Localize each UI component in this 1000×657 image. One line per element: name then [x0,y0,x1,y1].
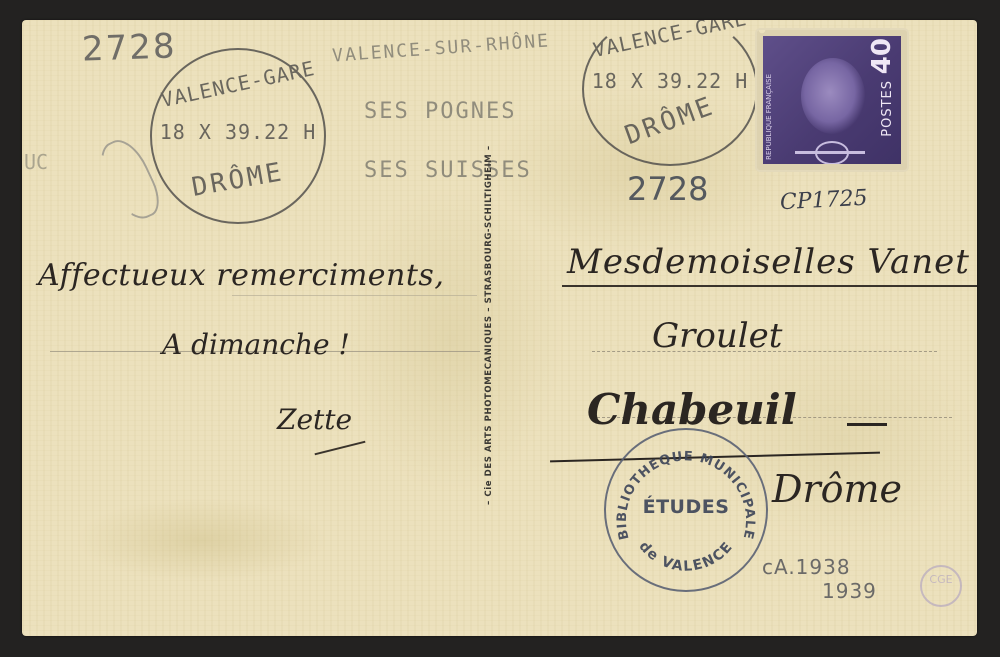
message-line-1: Affectueux remerciments, [38,258,444,293]
date-annotation-line-2: 1939 [762,579,877,603]
address-underline [562,285,977,287]
postmark-department: DRÔME [151,150,326,209]
reference-number-middle: 2728 [627,170,708,208]
flag-cancel-line-1: VALENCE-SUR-RHÔNE [332,30,551,66]
address-department: Drôme [772,467,902,511]
postcard: 2728 UC VALENCE-GARE 18 X 39.22 H DRÔME … [22,20,977,636]
date-annotation: cA.1938 1939 [762,555,877,603]
ruled-line [232,295,477,296]
library-stamp: BIBLIOTHEQUE MUNICIPALE de VALENCE ÉTUDE… [604,428,768,592]
svg-text:de VALENCE: de VALENCE [635,538,736,574]
stamp-label: POSTES [880,80,895,137]
printer-imprint: – Cie DES ARTS PHOTOMECANIQUES – STRASBO… [484,105,500,545]
reference-number-text: 2728 [81,26,177,69]
flag-cancel-line-2: SES POGNES [332,99,550,124]
postmark-left: VALENCE-GARE 18 X 39.22 H DRÔME [150,48,326,224]
caduceus-icon [795,151,865,154]
library-stamp-center: ÉTUDES [606,496,766,518]
catalog-number: CP1725 [779,186,868,216]
postmark-city: VALENCE-GARE [151,54,324,113]
flag-cancel-fragment: UC [24,150,48,174]
flag-cancel-line-3: SES SUISSES [332,158,550,183]
signature-flourish [315,441,366,456]
address-town: Chabeuil [587,385,797,434]
postage-stamp: 40 POSTES REPUBLIQUE FRANÇAISE [757,30,907,170]
address-street: Groulet [652,316,782,356]
postmark-right: VALENCE-GARE 18 X 39.22 H DRÔME [582,20,758,166]
stamp-image: 40 POSTES REPUBLIQUE FRANÇAISE [763,36,901,164]
address-recipient: Mesdemoiselles Vanet [567,242,970,282]
postmark-city: VALENCE-GARE [583,20,756,64]
reference-number-top: 2728 [81,26,177,69]
address-flourish [847,423,887,426]
mercury-portrait-icon [801,58,865,134]
message-line-2: A dimanche ! [162,328,350,361]
postmark-date: 18 X 39.22 H [152,120,324,144]
stamp-country: REPUBLIQUE FRANÇAISE [765,74,773,160]
signature: Zette [277,403,352,436]
collection-mark: CGE [920,565,962,607]
flag-cancellation: VALENCE-SUR-RHÔNE SES POGNES SES SUISSES [332,38,550,183]
date-annotation-line-1: cA.1938 [762,555,851,579]
stamp-value: 40 [867,38,897,74]
